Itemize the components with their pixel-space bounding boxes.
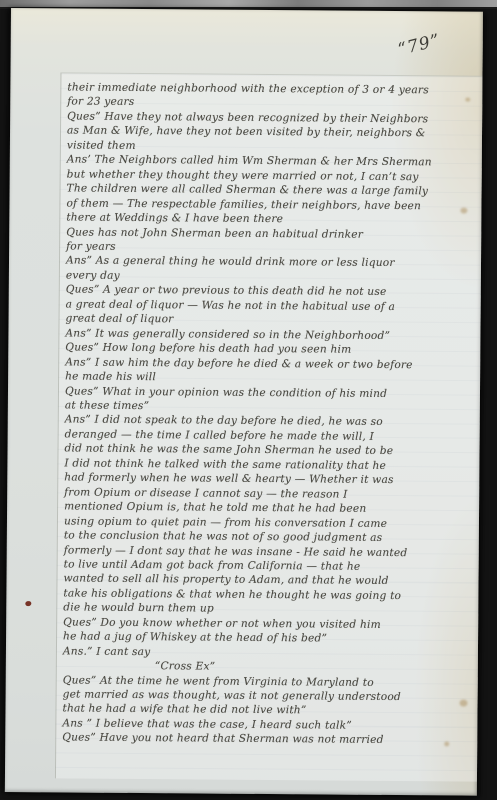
foxing-spot (465, 98, 470, 102)
manuscript-text: their immediate neighborhood with the ex… (62, 80, 471, 748)
page-number: “79” (396, 30, 443, 60)
foxing-spot (444, 741, 449, 746)
ink-stain (25, 601, 31, 606)
document-page: “79” their immediate neighborhood with t… (5, 8, 483, 796)
foxing-spot (460, 700, 468, 707)
foxing-spot (460, 208, 467, 214)
